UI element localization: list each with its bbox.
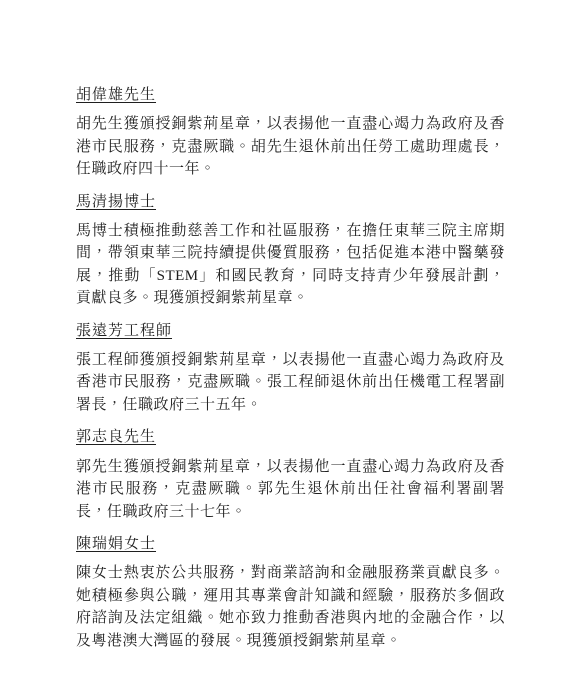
document-page: 胡偉雄先生 胡先生獲頒授銅紫荊星章，以表揚他一直盡心竭力為政府及香港市民服務，克… [0,0,580,699]
bio-section: 馬清揚博士 馬博士積極推動慈善工作和社區服務，在擔任東華三院主席期間，帶領東華三… [76,191,505,310]
bio-section: 胡偉雄先生 胡先生獲頒授銅紫荊星章，以表揚他一直盡心竭力為政府及香港市民服務，克… [76,84,505,181]
bio-section: 陳瑞娟女士 陳女士熱衷於公共服務，對商業諮詢和金融服務業貢獻良多。她積極參與公職… [76,533,505,652]
bio-paragraph: 郭先生獲頒授銅紫荊星章，以表揚他一直盡心竭力為政府及香港市民服務，克盡厥職。郭先… [76,456,505,523]
recipient-name-heading: 胡偉雄先生 [76,84,505,106]
bio-paragraph: 馬博士積極推動慈善工作和社區服務，在擔任東華三院主席期間，帶領東華三院持續提供優… [76,220,505,310]
bio-paragraph: 胡先生獲頒授銅紫荊星章，以表揚他一直盡心竭力為政府及香港市民服務，克盡厥職。胡先… [76,113,505,180]
bio-paragraph: 陳女士熱衷於公共服務，對商業諮詢和金融服務業貢獻良多。她積極參與公職，運用其專業… [76,562,505,652]
recipient-name-heading: 郭志良先生 [76,426,505,448]
bio-paragraph: 張工程師獲頒授銅紫荊星章，以表揚他一直盡心竭力為政府及香港市民服務，克盡厥職。張… [76,349,505,416]
recipient-name-heading: 陳瑞娟女士 [76,533,505,555]
recipient-name-heading: 張遠芳工程師 [76,320,505,342]
recipient-name-heading: 馬清揚博士 [76,191,505,213]
bio-section: 郭志良先生 郭先生獲頒授銅紫荊星章，以表揚他一直盡心竭力為政府及香港市民服務，克… [76,426,505,523]
bio-section: 張遠芳工程師 張工程師獲頒授銅紫荊星章，以表揚他一直盡心竭力為政府及香港市民服務… [76,320,505,417]
